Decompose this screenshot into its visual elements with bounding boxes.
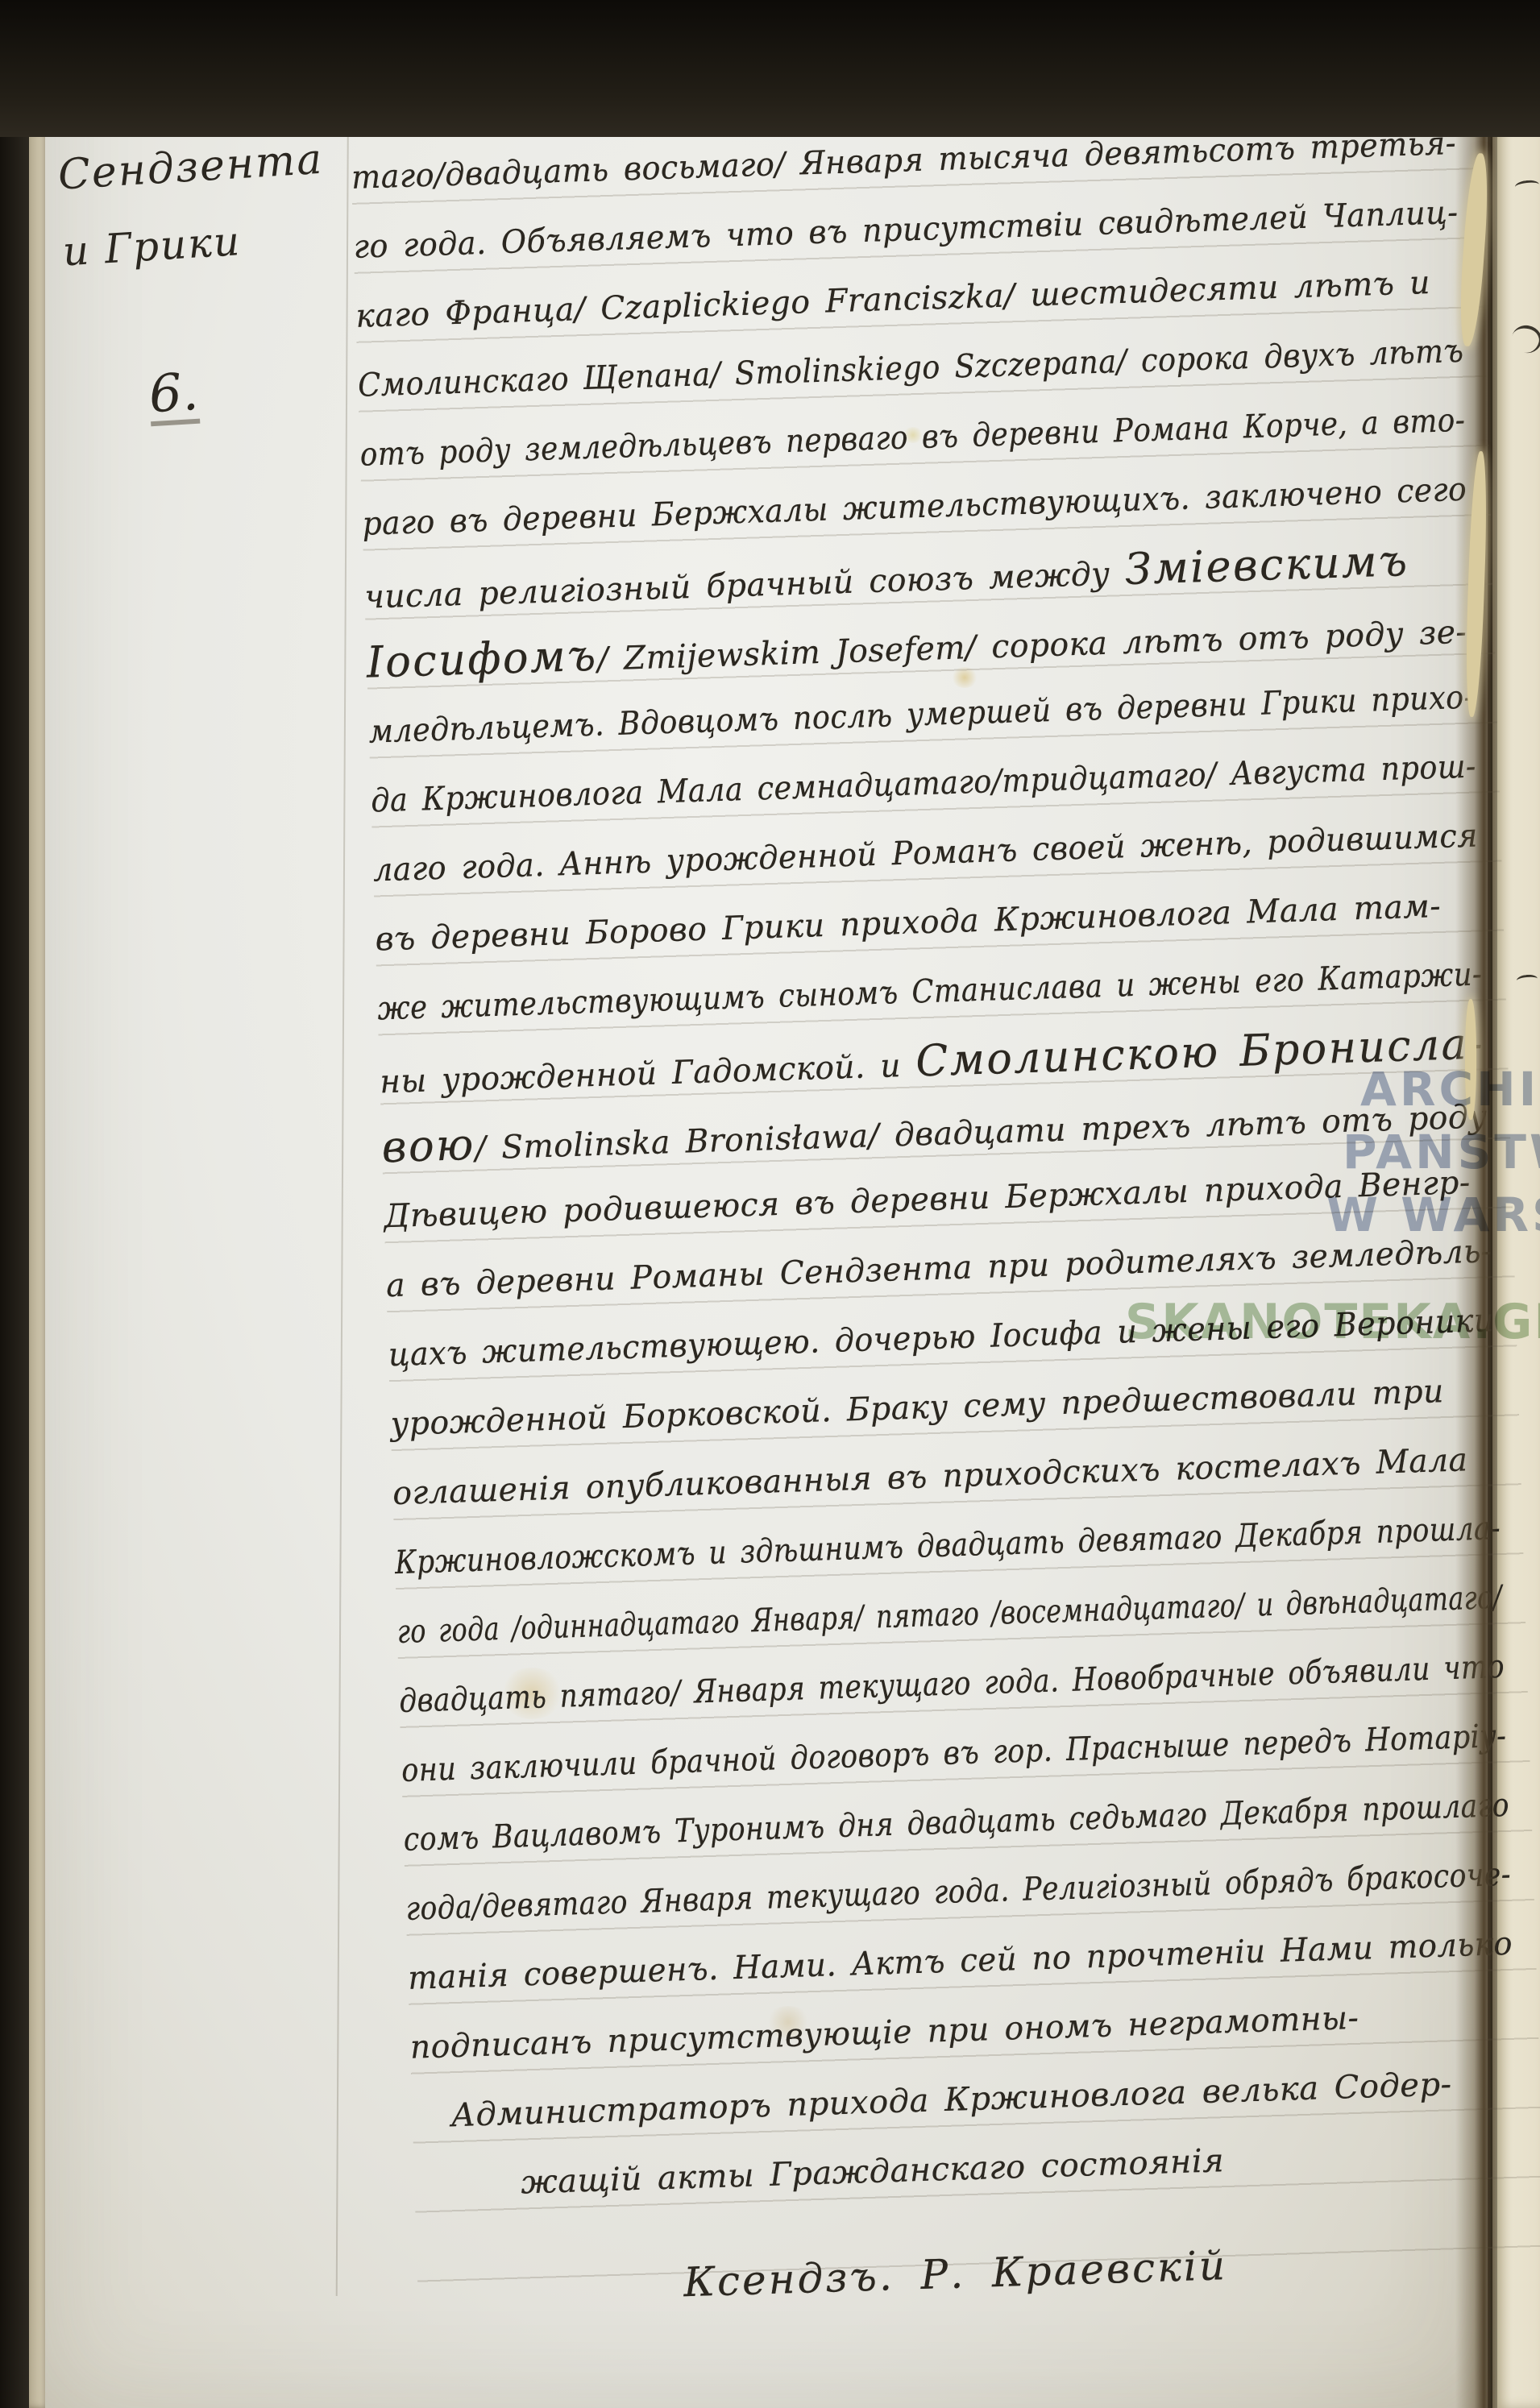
margin-village-name-2: Сендзента (56, 133, 357, 199)
scan-background-left (0, 0, 29, 2408)
scan-background-top-tear (0, 0, 1540, 137)
watermark-archiwum-line3: W WARSZA (1326, 1187, 1540, 1242)
margin-village-name-3: и Грики (61, 210, 362, 275)
watermark-archiwum-line1: ARCHIWU (1360, 1062, 1540, 1117)
watermark-skanoteka: SKANOTEKA.GENE (1125, 1294, 1540, 1350)
watermark-archiwum-line2: PANSTWO (1343, 1125, 1540, 1179)
scanned-document: Романы Сендзента и Грики 6. Состоялось в… (0, 0, 1540, 2408)
